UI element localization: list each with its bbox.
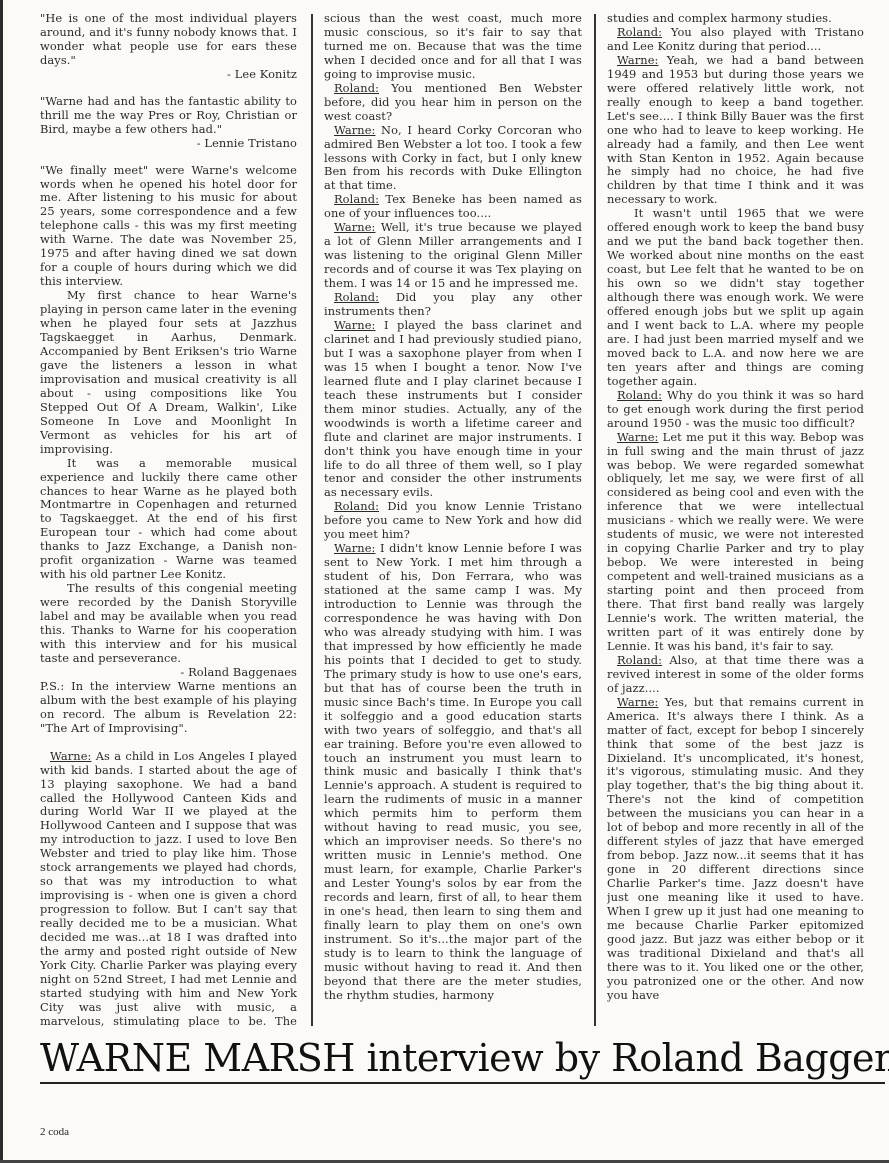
interview-question: Roland: You also played with Tristano an… [607,26,864,54]
quote-text: "He is one of the most individual player… [40,12,297,67]
column-divider [311,14,313,1026]
pull-quote-konitz: "He is one of the most individual player… [40,12,297,82]
speaker-label: Roland: [334,192,379,206]
answer-text: Let me put it this way. Bebop was in ful… [607,430,864,653]
speaker-label: Warne: [50,749,91,763]
interview-answer: Warne: Well, it's true because we played… [324,221,582,291]
article-columns: "He is one of the most individual player… [40,12,889,1027]
interview-question: Roland: Also, at that time there was a r… [607,654,864,696]
column-2: scious than the west coast, much more mu… [324,12,582,1027]
postscript: P.S.: In the interview Warne mentions an… [40,680,297,736]
interview-answer: Warne: Let me put it this way. Bebop was… [607,431,864,654]
pull-quote-tristano: "Warne had and has the fantastic ability… [40,95,297,151]
answer-text: Yeah, we had a band between 1949 and 195… [607,53,864,207]
article-title: WARNE MARSH interview by Roland Baggenae… [40,1034,880,1082]
interview-question: Roland: You mentioned Ben Webster before… [324,82,582,124]
interview-continuation: scious than the west coast, much more mu… [324,12,582,82]
speaker-label: Warne: [617,695,658,709]
column-1: "He is one of the most individual player… [40,12,297,1027]
title-byline: interview by Roland Baggenaes [355,1036,889,1080]
answer-text: I didn't know Lennie before I was sent t… [324,541,582,1002]
quote-text: "Warne had and has the fantastic ability… [40,94,297,136]
quote-attribution: - Lennie Tristano [40,137,297,151]
interview-answer: Warne: As a child in Los Angeles I playe… [40,750,297,1027]
author-signature: - Roland Baggenaes [40,666,297,680]
speaker-label: Warne: [617,430,658,444]
interview-answer: Warne: Yes, but that remains current in … [607,696,864,1003]
column-3: studies and complex harmony studies. Rol… [607,12,864,1027]
title-subject: WARNE MARSH [40,1036,355,1080]
interview-question: Roland: Did you play any other instrumen… [324,291,582,319]
speaker-label: Warne: [334,541,375,555]
intro-paragraph: The results of this congenial meeting we… [40,582,297,666]
speaker-label: Roland: [617,653,662,667]
interview-question: Roland: Tex Beneke has been named as one… [324,193,582,221]
speaker-label: Warne: [617,53,658,67]
answer-text: As a child in Los Angeles I played with … [40,749,297,1027]
intro-paragraph: My first chance to hear Warne's playing … [40,289,297,456]
page-left-edge [0,0,3,1163]
answer-text: Yes, but that remains current in America… [607,695,864,1002]
title-rule [40,1082,885,1084]
speaker-label: Warne: [334,220,375,234]
speaker-label: Roland: [334,81,379,95]
speaker-label: Warne: [334,318,375,332]
interview-continuation: studies and complex harmony studies. [607,12,864,26]
interview-answer-continued: It wasn't until 1965 that we were offere… [607,207,864,388]
page-folio: 2 coda [40,1126,69,1138]
interview-answer: Warne: Yeah, we had a band between 1949 … [607,54,864,207]
interview-answer: Warne: I played the bass clarinet and cl… [324,319,582,500]
speaker-label: Roland: [617,388,662,402]
quote-attribution: - Lee Konitz [40,68,297,82]
speaker-label: Roland: [334,290,379,304]
interview-question: Roland: Why do you think it was so hard … [607,389,864,431]
intro-paragraph: It was a memorable musical experience an… [40,457,297,583]
speaker-label: Warne: [334,123,375,137]
interview-answer: Warne: No, I heard Corky Corcoran who ad… [324,124,582,194]
interview-answer: Warne: I didn't know Lennie before I was… [324,542,582,1002]
intro-paragraph: "We finally meet" were Warne's welcome w… [40,164,297,290]
interview-question: Roland: Did you know Lennie Tristano bef… [324,500,582,542]
column-divider [594,14,596,1026]
answer-text: I played the bass clarinet and clarinet … [324,318,582,499]
speaker-label: Roland: [334,499,379,513]
speaker-label: Roland: [617,25,662,39]
